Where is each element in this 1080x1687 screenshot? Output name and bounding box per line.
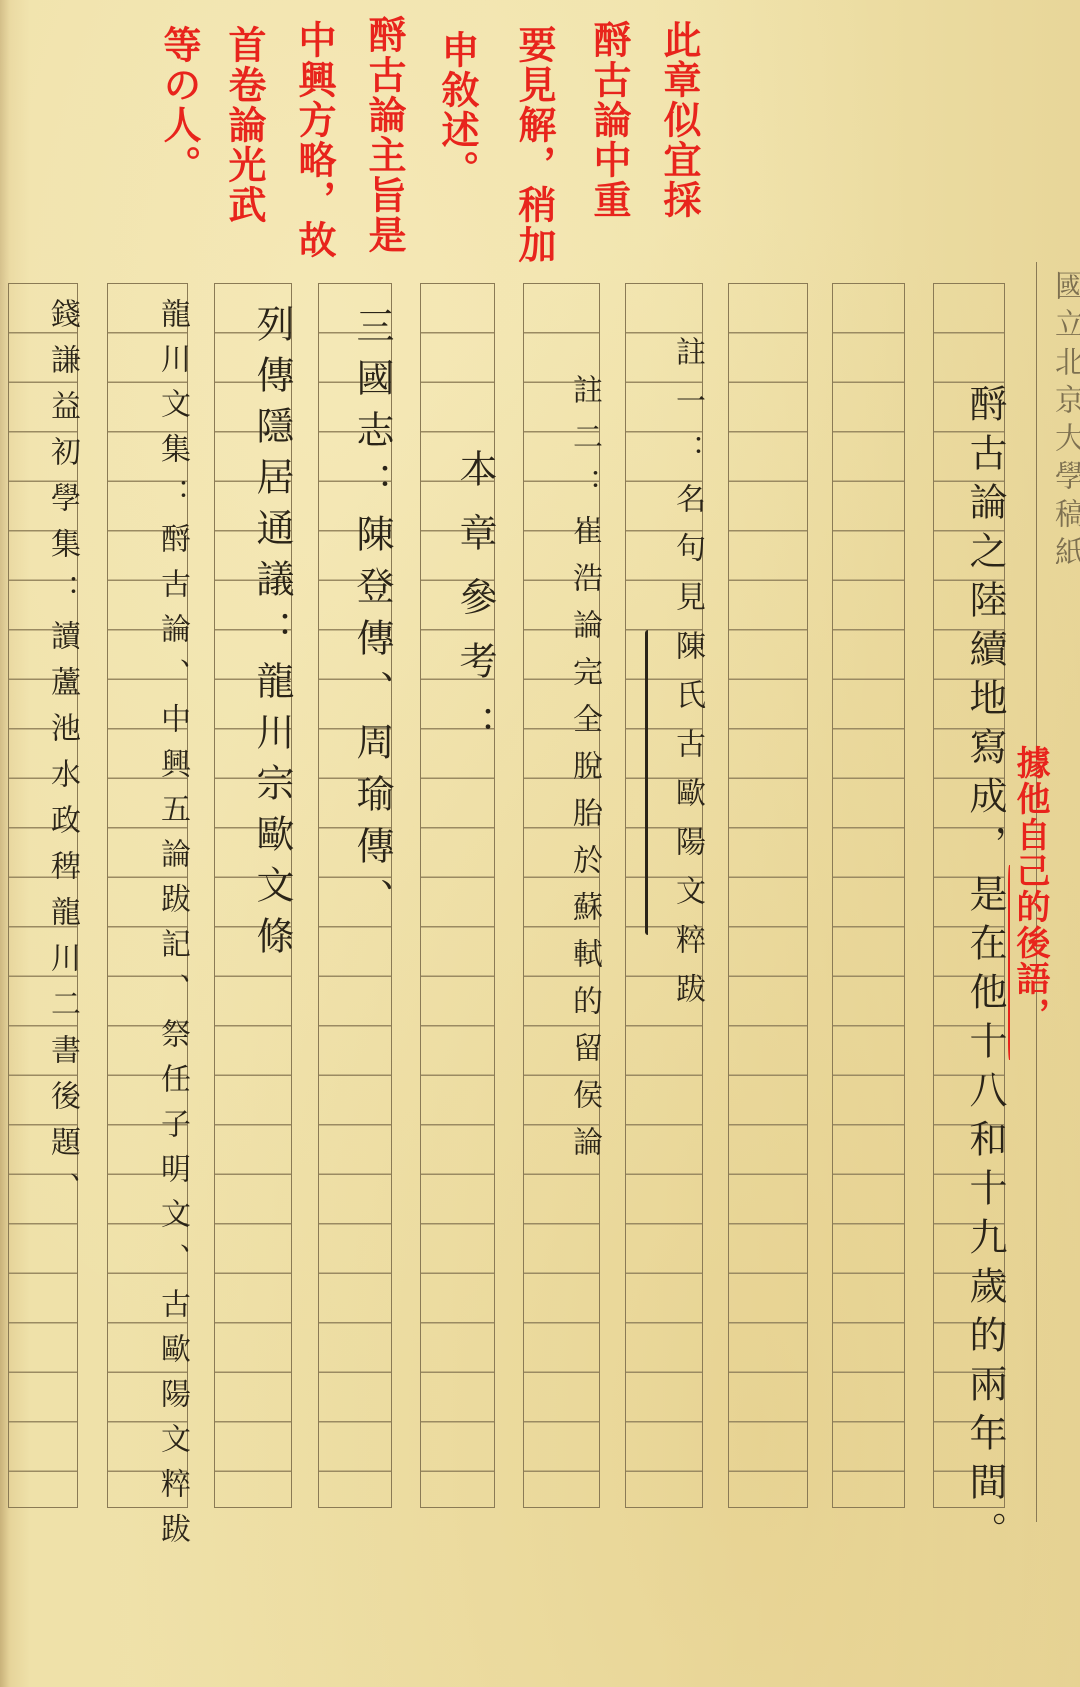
grid-column-7: 三國志：陳登傳、周瑜傳、	[318, 283, 392, 1508]
grid-column-6: 本章參考：	[420, 283, 495, 1508]
column-text	[833, 284, 904, 292]
reference-sanguozhi: 三國志：陳登傳、周瑜傳、	[319, 284, 391, 930]
column-text	[729, 284, 807, 292]
red-note-line-8: 等の人。	[160, 25, 198, 185]
grid-column-9: 龍川文集：酹古論、中興五論跋記、祭任子明文、古歐陽文粹跋	[107, 283, 188, 1508]
column-text: 酹古論之陸續地寫成，是在他十八和十九歲的兩年間。	[934, 284, 1004, 1560]
manuscript-page: 國立北京大學稿紙 酹古論之陸續地寫成，是在他十八和十九歲的兩年間。 註一：名句見…	[0, 0, 1080, 1687]
red-note-line-3: 要見解，稍加	[515, 25, 553, 265]
grid-column-10: 錢謙益初學集：讀蘆池水政稗龍川二書後題、	[8, 283, 78, 1508]
red-note-line-5: 酹古論主旨是	[365, 15, 403, 255]
note-1-text: 註一：名句見陳氏古歐陽文粹跋	[626, 284, 702, 1022]
reference-longchuan-wenji: 龍川文集：酹古論、中興五論跋記、祭任子明文、古歐陽文粹跋	[108, 284, 187, 1558]
paper-header: 國立北京大學稿紙	[1044, 270, 1080, 574]
red-note-line-1: 此章似宜採	[660, 20, 698, 220]
grid-column-1: 酹古論之陸續地寫成，是在他十八和十九歲的兩年間。	[933, 283, 1005, 1508]
reference-chuxue-ji: 錢謙益初學集：讀蘆池水政稗龍川二書後題、	[9, 284, 77, 1218]
grid-column-8: 列傳隱居通議：龍川宗歐文條	[214, 283, 292, 1508]
wavy-underline-mark	[645, 630, 654, 935]
reference-yinju-tongyi: 列傳隱居通議：龍川宗歐文條	[215, 284, 291, 967]
red-note-line-6: 中興方略，故	[295, 20, 333, 260]
note-2-text: 註二：崔浩論完全脫胎於蘇軾的留侯論	[524, 284, 599, 1173]
references-heading: 本章參考：	[421, 284, 494, 769]
grid-column-4: 註一：名句見陳氏古歐陽文粹跋	[625, 283, 703, 1508]
grid-column-5: 註二：崔浩論完全脫胎於蘇軾的留侯論	[523, 283, 600, 1508]
red-margin-note: 據他自己的後語，	[1013, 745, 1047, 1033]
red-note-line-2: 酹古論中重	[590, 20, 628, 220]
red-note-line-7: 首卷論光武	[225, 25, 263, 225]
red-note-line-4: 申敘述。	[438, 30, 476, 190]
grid-column-3	[728, 283, 808, 1508]
grid-column-2	[832, 283, 905, 1508]
